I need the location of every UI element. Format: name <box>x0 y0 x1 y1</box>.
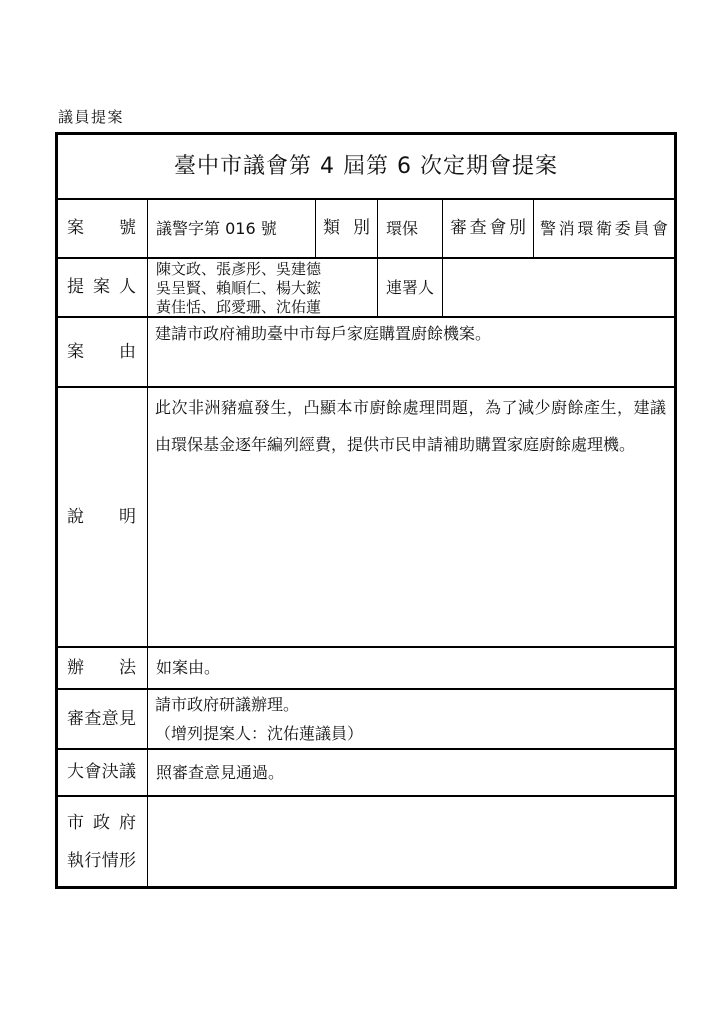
review-opinion-label: 審查意見 <box>67 708 136 731</box>
category-label: 類別 <box>323 217 370 240</box>
review-opinion-line-1: 請市政府研議辦理。 <box>155 690 666 719</box>
proposers-names: 陳文政、張彥彤、吳建德 吳呈賢、賴順仁、楊大鋐 黃佳恬、邱愛珊、沈佑蓮 <box>148 259 378 318</box>
case-number-label: 案號 <box>67 217 136 240</box>
document-page: 議員提案 臺中市議會第 4 屆第 6 次定期會提案 案號 議警字第 016 號 … <box>0 0 724 1024</box>
review-opinion-value-cell: 請市政府研議辦理。 （增列提案人：沈佑蓮議員） <box>148 690 674 750</box>
review-opinion-line-2: （增列提案人：沈佑蓮議員） <box>155 719 666 749</box>
method-label: 辦法 <box>67 657 136 680</box>
subject-value: 建請市政府補助臺中市每戶家庭購置廚餘機案。 <box>148 318 674 388</box>
review-committee-value: 警消環衛委員會 <box>540 218 668 240</box>
proposers-line-2: 吳呈賢、賴順仁、楊大鋐 <box>156 279 377 298</box>
description-label-cell: 說明 <box>58 388 148 648</box>
execution-status-label-line-2: 執行情形 <box>67 842 136 880</box>
method-label-cell: 辦法 <box>58 648 148 690</box>
co-signers-value <box>443 259 674 318</box>
category-label-cell: 類別 <box>316 200 378 259</box>
proposers-label: 提案人 <box>67 276 136 299</box>
review-opinion-label-cell: 審查意見 <box>58 690 148 750</box>
subject-label: 案由 <box>67 341 136 364</box>
category-value: 環保 <box>378 200 443 259</box>
table-title-cell: 臺中市議會第 4 屆第 6 次定期會提案 <box>58 135 674 200</box>
co-signers-label: 連署人 <box>378 259 443 318</box>
review-committee-label-cell: 審查會別 <box>443 200 534 259</box>
document-type-heading: 議員提案 <box>58 106 124 127</box>
description-label: 說明 <box>67 506 136 529</box>
assembly-resolution-value: 照審查意見通過。 <box>148 750 674 797</box>
method-value: 如案由。 <box>148 648 674 690</box>
execution-status-label-line-1: 市政府 <box>67 804 136 842</box>
review-committee-value-cell: 警消環衛委員會 <box>534 200 674 259</box>
proposal-table: 臺中市議會第 4 屆第 6 次定期會提案 案號 議警字第 016 號 類別 環保… <box>55 132 677 889</box>
case-number-label-cell: 案號 <box>58 200 148 259</box>
assembly-resolution-label: 大會決議 <box>67 761 136 784</box>
execution-status-label-cell: 市政府 執行情形 <box>58 797 148 886</box>
subject-label-cell: 案由 <box>58 318 148 388</box>
execution-status-value <box>148 797 674 886</box>
case-number-value: 議警字第 016 號 <box>148 200 316 259</box>
description-value: 此次非洲豬瘟發生，凸顯本市廚餘處理問題，為了減少廚餘產生，建議由環保基金逐年編列… <box>155 389 666 463</box>
proposers-line-3: 黃佳恬、邱愛珊、沈佑蓮 <box>156 298 377 317</box>
table-title: 臺中市議會第 4 屆第 6 次定期會提案 <box>174 152 558 182</box>
assembly-resolution-label-cell: 大會決議 <box>58 750 148 797</box>
proposers-label-cell: 提案人 <box>58 259 148 318</box>
review-committee-label: 審查會別 <box>450 217 526 240</box>
description-value-cell: 此次非洲豬瘟發生，凸顯本市廚餘處理問題，為了減少廚餘產生，建議由環保基金逐年編列… <box>148 388 674 648</box>
proposers-line-1: 陳文政、張彥彤、吳建德 <box>156 260 377 279</box>
